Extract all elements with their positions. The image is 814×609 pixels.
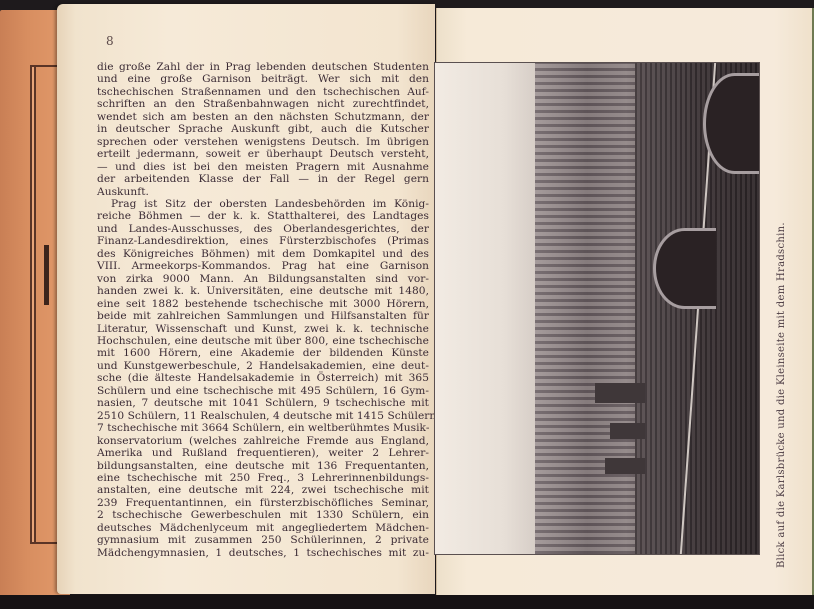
photo-bridge-arch: [703, 73, 760, 174]
photo-building: [610, 423, 645, 439]
text-line: 7 tschechische mit 3664 Schülern, ein we…: [97, 422, 429, 434]
text-line: Amerika und Rußland frequentieren), weit…: [97, 447, 429, 459]
text-line: tschechischen Straßennamen und den tsche…: [97, 86, 429, 98]
photo-building: [595, 383, 645, 403]
page-number: 8: [106, 34, 114, 48]
text-line: nasien, 7 deutsche mit 1041 Schülern, 9 …: [97, 397, 429, 409]
text-line: der arbeitenden Klasse der Fall — in der…: [97, 173, 429, 185]
text-line: mit 1600 Hörern, eine Akademie der bilde…: [97, 347, 429, 359]
text-line: Literatur, Wissenschaft und Kunst, zwei …: [97, 323, 429, 335]
text-line: 2510 Schülern, 11 Realschulen, 4 deutsch…: [97, 410, 429, 422]
text-line: bildungsanstalten, eine deutsche mit 136…: [97, 460, 429, 472]
text-line: Prag ist Sitz der obersten Landesbehörde…: [97, 198, 429, 210]
text-line: des Königreiches Böhmen) mit dem Domkapi…: [97, 248, 429, 260]
text-line: reiche Böhmen — der k. k. Statthalterei,…: [97, 210, 429, 222]
text-line: beide mit zahlreichen Sammlungen und Hil…: [97, 310, 429, 322]
right-page: Blick auf die Karlsbrücke und die Kleins…: [436, 8, 814, 596]
left-page: 8 die große Zahl der in Prag lebenden de…: [57, 4, 435, 594]
text-line: Hochschulen, eine deutsche mit über 800,…: [97, 335, 429, 347]
text-line: Finanz-Landesdirektion, eines Fürsterzbi…: [97, 235, 429, 247]
text-line: 2 tschechische Gewerbeschulen mit 1330 S…: [97, 509, 429, 521]
text-line: — und dies ist bei den meisten Pragern m…: [97, 161, 429, 173]
text-line: sche (die älteste Handelsakademie in Öst…: [97, 372, 429, 384]
text-line: schriften an den Straßenbahnwagen nicht …: [97, 98, 429, 110]
text-line: in deutscher Sprache Auskunft gibt, auch…: [97, 123, 429, 135]
text-line: und Landes-Ausschusses, des Oberlandesge…: [97, 223, 429, 235]
text-line: Mädchengymnasien, 1 deutsches, 1 tschech…: [97, 547, 429, 559]
cover-spine-mark: [44, 245, 49, 305]
text-line: konservatorium (welches zahlreiche Fremd…: [97, 435, 429, 447]
text-line: VIII. Armeekorps-Kommandos. Prag hat ein…: [97, 260, 429, 272]
text-line: und eine große Garnison beiträgt. Wer si…: [97, 73, 429, 85]
text-line: sprechen oder verstehen wenigstens Deuts…: [97, 136, 429, 148]
photo-building: [605, 458, 645, 474]
photo-caption: Blick auf die Karlsbrücke und die Kleins…: [776, 222, 787, 568]
bridge-photograph: [434, 62, 760, 555]
text-line: deutsches Mädchenlyceum mit angegliedert…: [97, 522, 429, 534]
text-line: und Kunstgewerbeschule, 2 Handelsakademi…: [97, 360, 429, 372]
text-line: Auskunft.: [97, 186, 429, 198]
text-line: die große Zahl der in Prag lebenden deut…: [97, 61, 429, 73]
text-line: handen zwei k. k. Universitäten, eine de…: [97, 285, 429, 297]
photo-sky: [435, 63, 550, 554]
text-line: anstalten, eine deutsche mit 224, zwei t…: [97, 484, 429, 496]
text-line: gymnasium mit zusammen 250 Schülerinnen,…: [97, 534, 429, 546]
body-text: die große Zahl der in Prag lebenden deut…: [97, 61, 429, 559]
text-line: Schülern und eine tschechische mit 495 S…: [97, 385, 429, 397]
text-line: eine tschechische mit 250 Freq., 3 Lehre…: [97, 472, 429, 484]
text-line: wendet sich am besten an den nächsten Sc…: [97, 111, 429, 123]
text-line: 239 Frequentantinnen, ein fürsterzbischö…: [97, 497, 429, 509]
text-line: von zirka 9000 Mann. An Bildungsanstalte…: [97, 273, 429, 285]
text-line: erteilt jedermann, soweit er überhaupt D…: [97, 148, 429, 160]
background-shadow: [0, 595, 814, 609]
text-line: eine seit 1882 bestehende tschechische m…: [97, 298, 429, 310]
photo-bridge-arch: [653, 228, 716, 309]
